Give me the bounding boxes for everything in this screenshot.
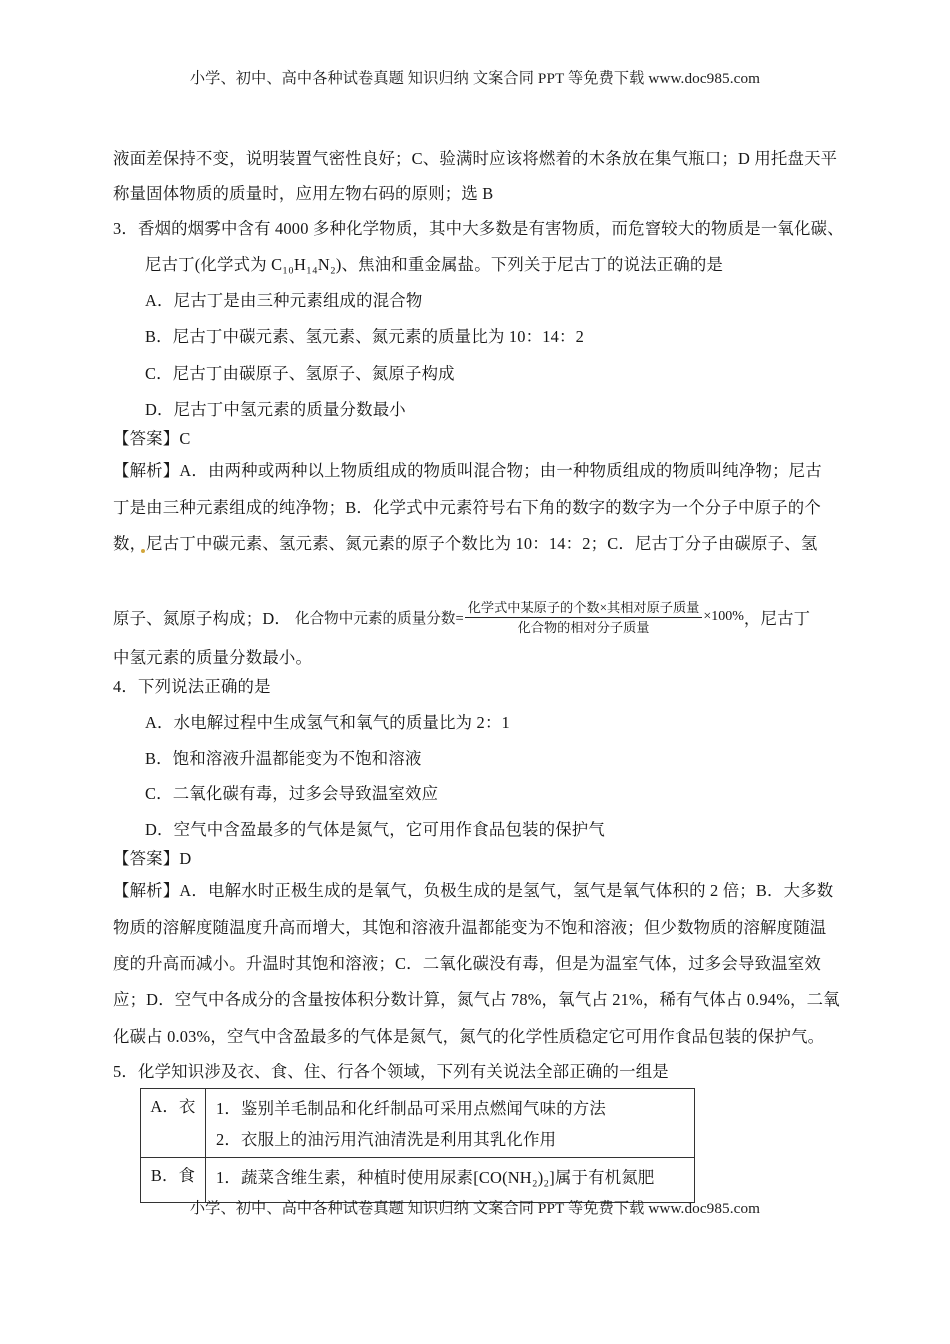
q2-analysis-line-1: 液面差保持不变，说明装置气密性良好；C、验满时应该将燃着的木条放在集气瓶口；D …	[113, 146, 837, 172]
q3-option-b: B．尼古丁中碳元素、氢元素、氮元素的质量比为 10：14：2	[145, 324, 584, 350]
table-row-b-item-1: 1．蔬菜含维生素，种植时使用尿素[CO(NH₂)₂]属于有机氮肥	[216, 1162, 684, 1193]
q4-analysis-line-3: 度的升高而减小。升温时其饱和溶液；C．二氧化碳没有毒，但是为温室气体，过多会导致…	[113, 951, 821, 977]
document-page: 小学、初中、高中各种试卷真题 知识归纳 文案合同 PPT 等免费下载 www.d…	[0, 0, 950, 1344]
mass-fraction-fraction: 化学式中某原子的个数×其相对原子质量 化合物的相对分子质量	[465, 599, 703, 636]
q3-analysis-formula-line: 原子、氮原子构成；D． 化合物中元素的质量分数= 化学式中某原子的个数×其相对原…	[113, 586, 810, 648]
q3-stem-line-2: 尼古丁(化学式为 C₁₀H₁₄N₂)、焦油和重金属盐。下列关于尼古丁的说法正确的…	[145, 252, 723, 278]
q4-analysis-line-4: 应；D．空气中各成分的含量按体积分数计算，氮气占 78%，氧气占 21%，稀有气…	[113, 987, 840, 1013]
q3-option-a: A．尼古丁是由三种元素组成的混合物	[145, 288, 423, 314]
page-header: 小学、初中、高中各种试卷真题 知识归纳 文案合同 PPT 等免费下载 www.d…	[0, 66, 950, 92]
q4-stem: 4．下列说法正确的是	[113, 674, 271, 700]
stray-mark	[141, 549, 145, 553]
q3-option-c: C．尼古丁由碳原子、氢原子、氮原子构成	[145, 361, 455, 387]
q5-stem: 5．化学知识涉及衣、食、住、行各个领域，下列有关说法全部正确的一组是	[113, 1059, 669, 1085]
fraction-denominator: 化合物的相对分子质量	[518, 618, 650, 636]
page-footer: 小学、初中、高中各种试卷真题 知识归纳 文案合同 PPT 等免费下载 www.d…	[0, 1196, 950, 1222]
formula-times-100: ×100%	[703, 609, 744, 625]
q4-option-d: D．空气中含盈最多的气体是氮气，它可用作食品包装的保护气	[145, 817, 605, 843]
q3-stem-line-1: 3．香烟的烟雾中含有 4000 多种化学物质，其中大多数是有害物质，而危窨较大的…	[113, 216, 844, 242]
table-row-a-items: 1．鉴别羊毛制品和化纤制品可采用点燃闻气味的方法 2．衣服上的油污用汽油清洗是利…	[206, 1089, 695, 1158]
q4-analysis-line-1: 【解析】A．电解水时正极生成的是氧气，负极生成的是氢气，氢气是氧气体积的 2 倍…	[113, 878, 833, 904]
table-row-a: A．衣 1．鉴别羊毛制品和化纤制品可采用点燃闻气味的方法 2．衣服上的油污用汽油…	[141, 1089, 695, 1158]
formula-tail-text: ，尼古丁	[744, 605, 810, 629]
q4-analysis-line-5: 化碳占 0.03%，空气中含盈最多的气体是氮气，氮气的化学性质稳定它可用作食品包…	[113, 1024, 824, 1050]
q3-analysis-line-1: 【解析】A．由两种或两种以上物质组成的物质叫混合物；由一种物质组成的物质叫纯净物…	[113, 458, 822, 484]
q2-analysis-line-2: 称量固体物质的质量时，应用左物右码的原则；选 B	[113, 181, 493, 207]
q3-analysis-line-3: 数，尼古丁中碳元素、氢元素、氮元素的原子个数比为 10：14：2；C．尼古丁分子…	[113, 531, 817, 557]
q4-option-a: A．水电解过程中生成氢气和氧气的质量比为 2：1	[145, 710, 510, 736]
q3-option-d: D．尼古丁中氢元素的质量分数最小	[145, 397, 406, 423]
q4-analysis-line-2: 物质的溶解度随温度升高而增大，其饱和溶液升温都能变为不饱和溶液；但少数物质的溶解…	[113, 915, 826, 941]
q4-option-b: B．饱和溶液升温都能变为不饱和溶液	[145, 746, 422, 772]
formula-label: 化合物中元素的质量分数=	[295, 607, 464, 628]
q4-option-c: C．二氧化碳有毒，过多会导致温室效应	[145, 781, 438, 807]
table-row-a-item-2: 2．衣服上的油污用汽油清洗是利用其乳化作用	[216, 1124, 684, 1155]
fraction-numerator: 化学式中某原子的个数×其相对原子质量	[465, 599, 703, 618]
q3-analysis-line-5: 中氢元素的质量分数最小。	[113, 645, 312, 671]
table-row-a-item-1: 1．鉴别羊毛制品和化纤制品可采用点燃闻气味的方法	[216, 1093, 684, 1124]
q5-options-table: A．衣 1．鉴别羊毛制品和化纤制品可采用点燃闻气味的方法 2．衣服上的油污用汽油…	[140, 1088, 695, 1203]
q3-analysis-line-2: 丁是由三种元素组成的纯净物；B．化学式中元素符号右下角的数字的数字为一个分子中原…	[113, 495, 821, 521]
formula-prefix-text: 原子、氮原子构成；D．	[113, 605, 291, 629]
q4-answer: 【答案】D	[113, 846, 191, 872]
table-row-a-label: A．衣	[141, 1089, 206, 1158]
q3-answer: 【答案】C	[113, 426, 191, 452]
